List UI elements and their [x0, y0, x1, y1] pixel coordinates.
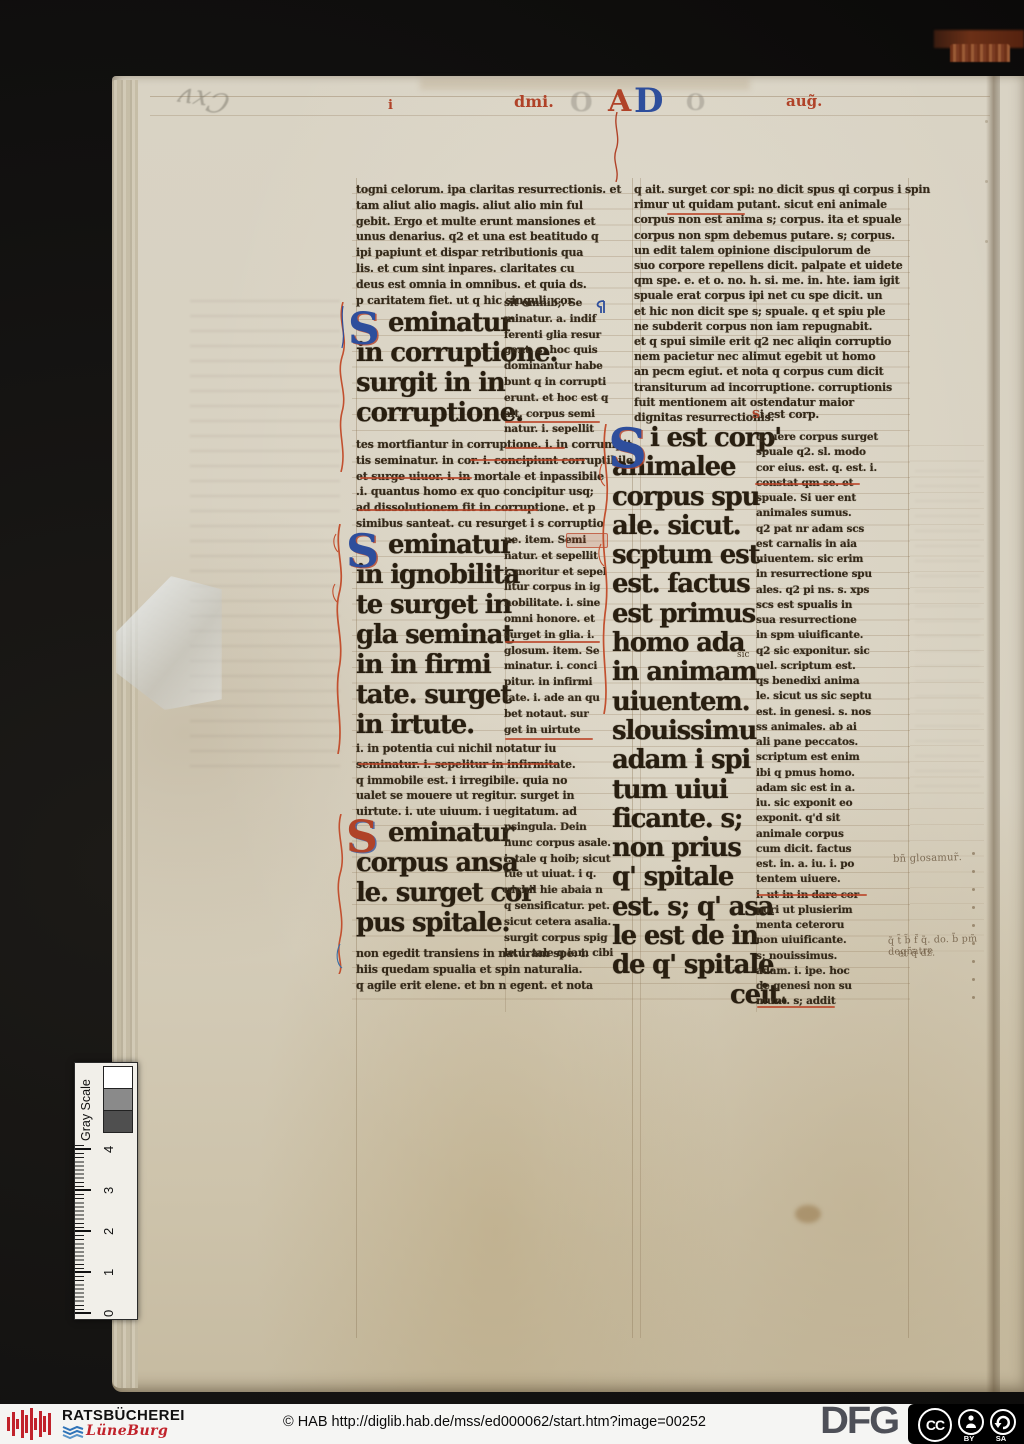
- ruler-major-tick: [75, 1312, 91, 1314]
- ruler-major-tick: [75, 1230, 91, 1232]
- decorated-initial-s: S: [346, 812, 378, 863]
- ratsbuecherei-logo-text[interactable]: RATSBÜCHEREI: [62, 1407, 185, 1424]
- cc-by-icon: [958, 1409, 984, 1435]
- incipit-rest: i est corp.: [760, 408, 819, 421]
- show-through-text: [190, 300, 340, 780]
- decorated-initial-s: S: [608, 416, 647, 480]
- rubric-initial: S: [752, 408, 760, 421]
- stain: [795, 1205, 821, 1223]
- ruler-number: 2: [101, 1228, 116, 1235]
- ruler-major-tick: [75, 1148, 91, 1150]
- red-underline: [505, 738, 593, 740]
- paraph-mark-blue: [594, 300, 606, 314]
- penwork-descender: [610, 112, 624, 182]
- ruler-ticks: [75, 1144, 91, 1314]
- header-mark: i: [388, 98, 393, 113]
- red-underline: [667, 213, 745, 215]
- ruler-number: 0: [101, 1310, 116, 1317]
- right-column-commentary-top: q ait. surget cor spi: no dicit spus qi …: [634, 182, 912, 425]
- red-underline: [757, 1006, 835, 1008]
- cc-logo-icon: CC: [918, 1408, 952, 1442]
- running-title-right: aug̃.: [786, 92, 822, 110]
- show-through-letter: O: [686, 90, 705, 116]
- cc-by-sa-badge[interactable]: CC BY SA: [908, 1404, 1024, 1444]
- ruler-number: 3: [101, 1187, 116, 1194]
- lueneburg-logo-text[interactable]: LüneBurg: [86, 1423, 168, 1439]
- pricking-hole: [972, 978, 975, 981]
- cc-by-label: BY: [956, 1434, 982, 1443]
- ruler-label: Gray Scale: [79, 1079, 93, 1141]
- gray-patch-dark: [103, 1110, 133, 1133]
- red-underline: [505, 447, 565, 449]
- pricking-hole: [972, 852, 975, 855]
- margin-note: bñ glosamur̃.: [893, 852, 962, 865]
- red-underline: [470, 459, 585, 461]
- pricking-hole: [985, 120, 988, 123]
- gray-scale-ruler: 0 1 2 3 4 Gray Scale: [74, 1062, 138, 1320]
- open-book-icon: [62, 1424, 84, 1440]
- ratsbuecherei-bars-icon[interactable]: [7, 1406, 57, 1442]
- incipit-si-est-corp: Si est corp.: [752, 407, 842, 423]
- left-column-commentary-top: togni celorum. ipa claritas resurrection…: [356, 182, 634, 308]
- copyright-url-text[interactable]: © HAB http://diglib.hab.de/mss/ed000062/…: [283, 1414, 706, 1430]
- pricking-hole: [972, 870, 975, 873]
- pricking-hole: [972, 996, 975, 999]
- pricking-hole: [985, 240, 988, 243]
- left-column-commentary-mid: tes mortfiantur in corruptione. i. in co…: [356, 437, 634, 532]
- gloss-column: q. uere corpus surgetspuale q2. sl. modo…: [756, 430, 908, 1010]
- red-underline: [505, 641, 600, 643]
- decorated-initial-s: S: [346, 524, 379, 578]
- cc-sa-icon: [990, 1409, 1016, 1435]
- headband: [950, 44, 1010, 62]
- ruler-major-tick: [75, 1189, 91, 1191]
- decorated-initial-s: S: [348, 304, 380, 355]
- digitized-manuscript-photo: Cxv i dmi. O A D O aug̃. togni celorum. …: [0, 0, 1024, 1444]
- red-underline: [755, 483, 860, 485]
- gray-patch-white: [103, 1066, 133, 1089]
- running-title-left: dmi.: [514, 92, 554, 111]
- lemma-seminatur-corpus: eminaturcorpus ansale. surget corpus spi…: [356, 818, 506, 938]
- red-underline: [757, 894, 867, 896]
- tie-mark: sic: [737, 650, 750, 660]
- left-column-commentary-below: i. in potentia cui nichil notatur iusemi…: [356, 741, 634, 820]
- dfg-logo[interactable]: DFG: [820, 1400, 898, 1443]
- ruler-major-tick: [75, 1271, 91, 1273]
- gutter-shadow: [986, 76, 1000, 1392]
- red-underline: [358, 509, 538, 511]
- red-underline: [505, 421, 600, 423]
- red-underline: [358, 763, 558, 765]
- pricking-hole: [985, 180, 988, 183]
- ruler-number: 4: [101, 1146, 116, 1153]
- running-title-initial-d: D: [634, 81, 663, 121]
- pricking-hole: [972, 906, 975, 909]
- show-through-text: [915, 470, 980, 790]
- pricking-hole: [972, 888, 975, 891]
- margin-note: et q̃ dz̃.: [898, 948, 936, 960]
- lemma-si-est-corpus-animale: i est corp'animaleecorpus spuale. sicut.…: [612, 424, 762, 1010]
- left-column-commentary-bottom: non egedit transiens in naturam spe. i.h…: [356, 946, 634, 993]
- gray-patch-mid: [103, 1088, 133, 1111]
- pricking-hole: [972, 924, 975, 927]
- cc-sa-label: SA: [988, 1434, 1014, 1443]
- show-through-letter: O: [570, 88, 593, 118]
- red-underline: [360, 477, 472, 479]
- pricking-hole: [972, 960, 975, 963]
- ruler-number: 1: [101, 1269, 116, 1276]
